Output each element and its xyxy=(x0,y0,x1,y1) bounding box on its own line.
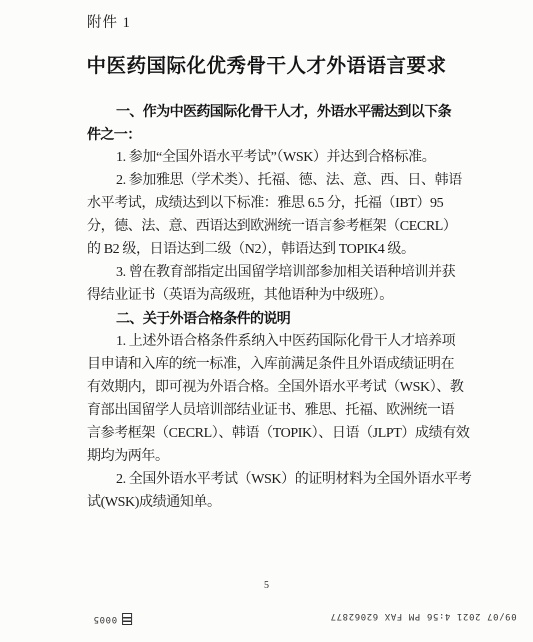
body-line: 水平考试，成绩达到以下标准：雅思 6.5 分，托福（IBT）95 xyxy=(87,192,455,215)
body-line: 有效期内，即可视为外语合格。全国外语水平考试（WSK）、教 xyxy=(87,376,455,399)
fax-counter-value: 0005 xyxy=(93,614,117,624)
body-line: 言参考框架（CECRL）、韩语（TOPIK）、日语（JLPT）成绩有效 xyxy=(87,422,455,445)
body-line: 得结业证书（英语为高级班，其他语种为中级班）。 xyxy=(87,284,455,307)
body-line: 1. 上述外语合格条件系纳入中医药国际化骨干人才培养项 xyxy=(87,330,455,353)
attachment-label: 附件 1 xyxy=(87,11,131,32)
body-line: 试(WSK)成绩通知单。 xyxy=(87,491,455,514)
scanned-document-page: 附件 1 中医药国际化优秀骨干人才外语语言要求 一、作为中医药国际化骨干人才，外… xyxy=(0,0,533,642)
body-line: 2. 全国外语水平考试（WSK）的证明材料为全国外语水平考 xyxy=(87,468,455,491)
body-line: 期均为两年。 xyxy=(87,445,455,468)
body-line: 一、作为中医药国际化骨干人才，外语水平需达到以下条 xyxy=(87,100,455,123)
body-line: 3. 曾在教育部指定出国留学培训部参加相关语种培训并获 xyxy=(87,261,455,284)
body-line: 二、关于外语合格条件的说明 xyxy=(87,307,455,330)
fax-doc-icon xyxy=(122,613,132,625)
body-line: 2. 参加雅思（学术类）、托福、德、法、意、西、日、韩语 xyxy=(87,169,455,192)
body-line: 育部出国留学人员培训部结业证书、雅思、托福、欧洲统一语 xyxy=(87,399,455,422)
body-line: 分，德、法、意、西语达到欧洲统一语言参考框架（CECRL） xyxy=(87,215,455,238)
document-body: 一、作为中医药国际化骨干人才，外语水平需达到以下条 件之一： 1. 参加“全国外… xyxy=(87,100,455,514)
page-number: 5 xyxy=(0,580,533,591)
fax-page-counter: 0005 xyxy=(93,613,132,625)
body-line: 目申请和入库的统一标准，入库前满足条件且外语成绩证明在 xyxy=(87,353,455,376)
fax-header-line: 09/07 2021 4:56 PM FAX 62062877 xyxy=(330,611,517,621)
document-title: 中医药国际化优秀骨干人才外语语言要求 xyxy=(0,50,533,78)
body-line: 的 B2 级，日语达到二级（N2），韩语达到 TOPIK4 级。 xyxy=(87,238,455,261)
body-line: 件之一： xyxy=(87,123,455,146)
body-line: 1. 参加“全国外语水平考试”（WSK）并达到合格标准。 xyxy=(87,146,455,169)
